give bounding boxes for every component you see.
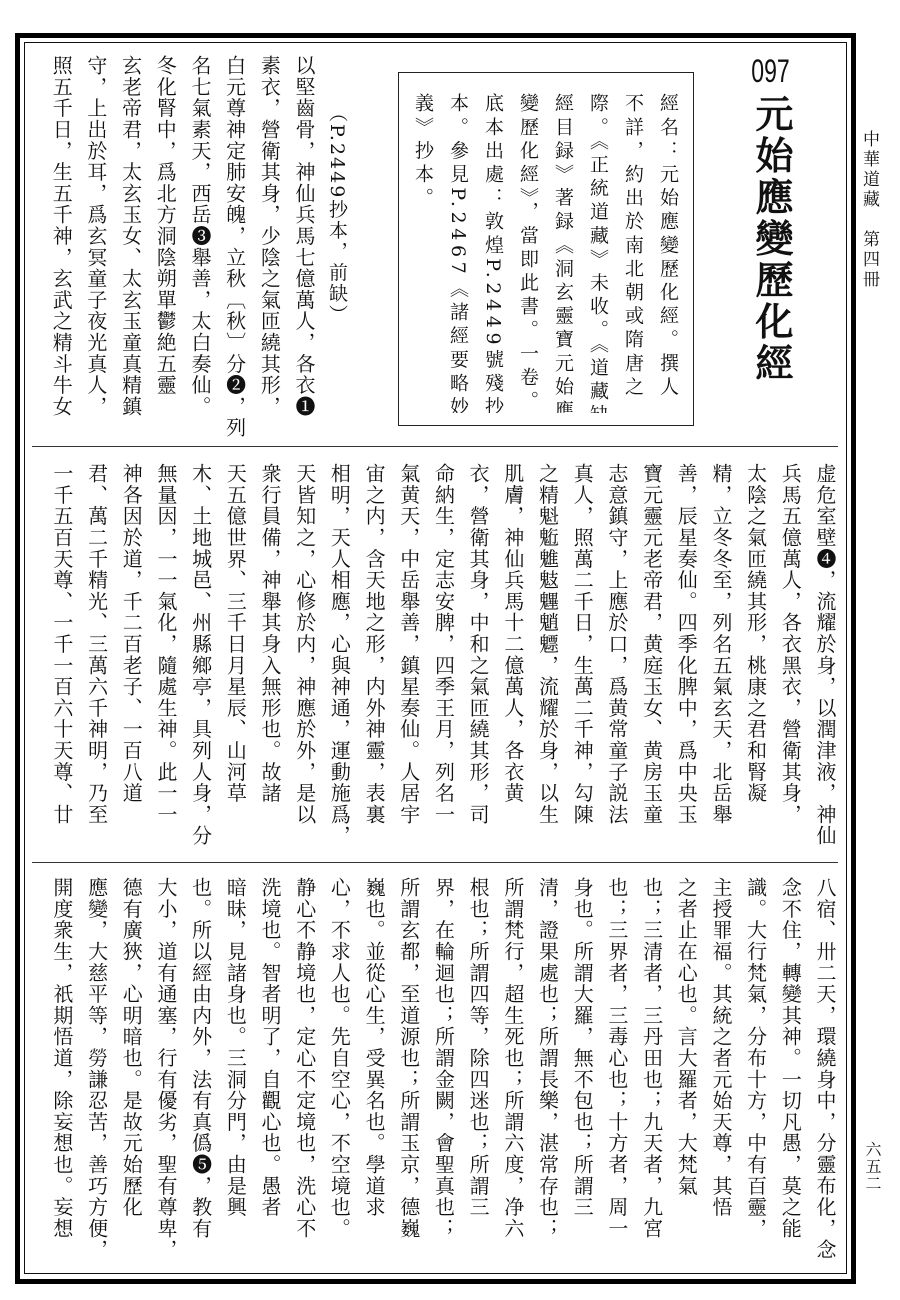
text-column: 識。大行梵氣，分布十方，中有百靈， — [738, 877, 773, 1267]
text-column: 宙之内，含天地之形，内外神靈，表裏 — [356, 463, 391, 855]
note-column: 經名：元始應變歷化經。撰人 — [650, 93, 685, 413]
note-column: 不詳，約出於南北朝或隋唐之 — [615, 93, 650, 413]
text-column: 以堅齒骨，神仙兵馬七億萬人，各衣❶ — [286, 55, 321, 439]
text-column: 兵馬五億萬人，各衣黑衣，營衛其身， — [773, 463, 808, 855]
text-column: 一千五百天尊、一千一百六十天尊、廿 — [44, 463, 79, 855]
text-column: 巍也。並從心生，受異名也。學道求 — [356, 877, 391, 1267]
text-column: 守，上出於耳，爲玄冥童子夜光真人， — [78, 55, 113, 439]
text-band-bottom: 八宿、卅二天，環繞身中，分靈布化，念 念不住，轉變其神。一切凡愚，莫之能 識。大… — [44, 877, 842, 1267]
text-column: 應變，大慈平等，勞謙忍苦，善巧方便， — [79, 877, 114, 1267]
text-band-middle: 虚危室壁❹，流耀於身，以潤津液，神仙 兵馬五億萬人，各衣黑衣，營衛其身， 太陰之… — [44, 463, 842, 855]
text-column: 心，不求人也。先自空心，不空境也。 — [322, 877, 357, 1267]
intro-note-columns: 經名：元始應變歷化經。撰人 不詳，約出於南北朝或隋唐之 際。《正統道藏》未收。《… — [405, 93, 685, 413]
text-column: 真人，照萬二千日，生萬二千神，勾陳 — [565, 463, 600, 855]
note-column: 本。參見P.2467《諸經要略妙 — [440, 93, 475, 413]
text-column: 寶元靈元老帝君，黄庭玉女、黄房玉童 — [634, 463, 669, 855]
text-column: 木、土地城邑、州縣鄉亭，具列人身，分 — [183, 463, 218, 855]
note-column: 變歷化經》，當即此書。一卷。 — [510, 93, 545, 413]
page-number: 六五二 — [861, 1141, 883, 1192]
text-column: 衆行員備，神舉其身入無形也。故諸 — [252, 463, 287, 855]
text-column: 無量因，一一氣化，隨處生神。此一一 — [148, 463, 183, 855]
text-column: 大小，道有通塞，行有優劣，聖有尊卑， — [148, 877, 183, 1267]
note-column: 際。《正統道藏》未收。《道藏缺 — [580, 93, 615, 413]
text-column: 素衣，營衛其身，少陰之氣匝繞其形， — [252, 55, 287, 439]
note-column: 底本出處：敦煌P.2449號殘抄 — [475, 93, 510, 413]
scripture-title: 元始應變歷化經 — [749, 94, 793, 394]
band-divider-bottom — [32, 862, 838, 863]
text-column: 虚危室壁❹，流耀於身，以潤津液，神仙 — [807, 463, 842, 855]
text-column: 開度衆生，祇期悟道，除妄想也。妄想 — [44, 877, 79, 1267]
text-column: 志意鎮守，上應於口，爲黄常童子説法 — [599, 463, 634, 855]
text-column: 相明，天人相應，心與神通，運動施爲， — [322, 463, 357, 855]
text-column: 界，在輪迴也；所謂金闕，會聖真也； — [426, 877, 461, 1267]
text-column: 神各因於道，千二百老子、一百八道 — [114, 463, 149, 855]
text-column: 之精魁䰢魋鬾魓魈魒，流耀於身，以生 — [530, 463, 565, 855]
text-column: 天皆知之，心修於内，神應於外，是以 — [287, 463, 322, 855]
scripture-number: 097 — [751, 54, 788, 88]
text-column: 所謂梵行，超生死也；所謂六度，净六 — [495, 877, 530, 1267]
text-column: 君、萬二千精光、三萬六千神明，乃至 — [79, 463, 114, 855]
source-note: （P.2449抄本，前缺） — [320, 103, 354, 323]
text-column: 玄老帝君，太玄玉女、太玄玉童真精鎮 — [113, 55, 148, 439]
text-column: 身也。所謂大羅，無不包也；所謂三 — [565, 877, 600, 1267]
text-column: 暗昧，見諸身也。三洞分門，由是興 — [218, 877, 253, 1267]
text-column: 静心不静境也，定心不定境也，洗心不 — [287, 877, 322, 1267]
text-column: 根也；所謂四等，除四迷也；所謂三 — [460, 877, 495, 1267]
running-header: 中華道藏 第四冊 — [858, 130, 880, 290]
text-column: 衣，營衛其身，中和之氣匝繞其形，司 — [460, 463, 495, 855]
text-column: 太陰之氣匝繞其形，桃康之君和腎凝 — [738, 463, 773, 855]
text-column: 命納生，定志安脾，四季王月，列名一 — [426, 463, 461, 855]
text-column: 八宿、卅二天，環繞身中，分靈布化，念 — [807, 877, 842, 1267]
text-column: 德有廣狹，心明暗也。是故元始歷化 — [114, 877, 149, 1267]
text-column: 天五億世界、三千日月星辰、山河草 — [218, 463, 253, 855]
band-divider-top — [32, 446, 838, 447]
text-column: 精，立冬冬至，列名五氣玄天，北岳舉 — [703, 463, 738, 855]
intro-note-box: 經名：元始應變歷化經。撰人 不詳，約出於南北朝或隋唐之 際。《正統道藏》未收。《… — [398, 72, 694, 426]
text-column: 洗境也。智者明了，自觀心也。愚者 — [252, 877, 287, 1267]
text-column: 冬化腎中，爲北方洞陰朔單鬱絶五靈 — [148, 55, 183, 439]
text-column: 名七氣素天，西岳❸舉善，太白奏仙。 — [182, 55, 217, 439]
note-column: 義》抄本。 — [405, 93, 440, 413]
text-column: 清，證果處也；所謂長樂，湛常存也； — [530, 877, 565, 1267]
text-column: 照五千日，生五千神，玄武之精斗牛女 — [44, 55, 79, 439]
text-column: 之者止在心也。言大羅者，大梵氣 — [669, 877, 704, 1267]
text-column: 白元尊神定肺安魄，立秋〔秋〕分❷，列 — [217, 55, 252, 439]
note-column: 經目録》著録《洞玄靈寶元始應 — [545, 93, 580, 413]
text-column: 也；三清者，三丹田也；九天者，九宮 — [634, 877, 669, 1267]
text-column: 肌膚，神仙兵馬十二億萬人，各衣黄 — [495, 463, 530, 855]
text-column: 也。所以經由内外，法有真僞❺，教有 — [183, 877, 218, 1267]
text-column: 主授罪福。其統之者元始天尊，其悟 — [703, 877, 738, 1267]
text-column: 所謂玄都，至道源也；所謂玉京，德巍 — [391, 877, 426, 1267]
text-column: 也；三界者，三毒心也；十方者，周一 — [599, 877, 634, 1267]
text-column: 念不住，轉變其神。一切凡愚，莫之能 — [773, 877, 808, 1267]
text-column: 善，辰星奏仙。四季化脾中，爲中央玉 — [669, 463, 704, 855]
text-column: 氣黄天，中岳舉善，鎮星奏仙。人居宇 — [391, 463, 426, 855]
text-band-top: 以堅齒骨，神仙兵馬七億萬人，各衣❶ 素衣，營衛其身，少陰之氣匝繞其形， 白元尊神… — [43, 55, 321, 439]
